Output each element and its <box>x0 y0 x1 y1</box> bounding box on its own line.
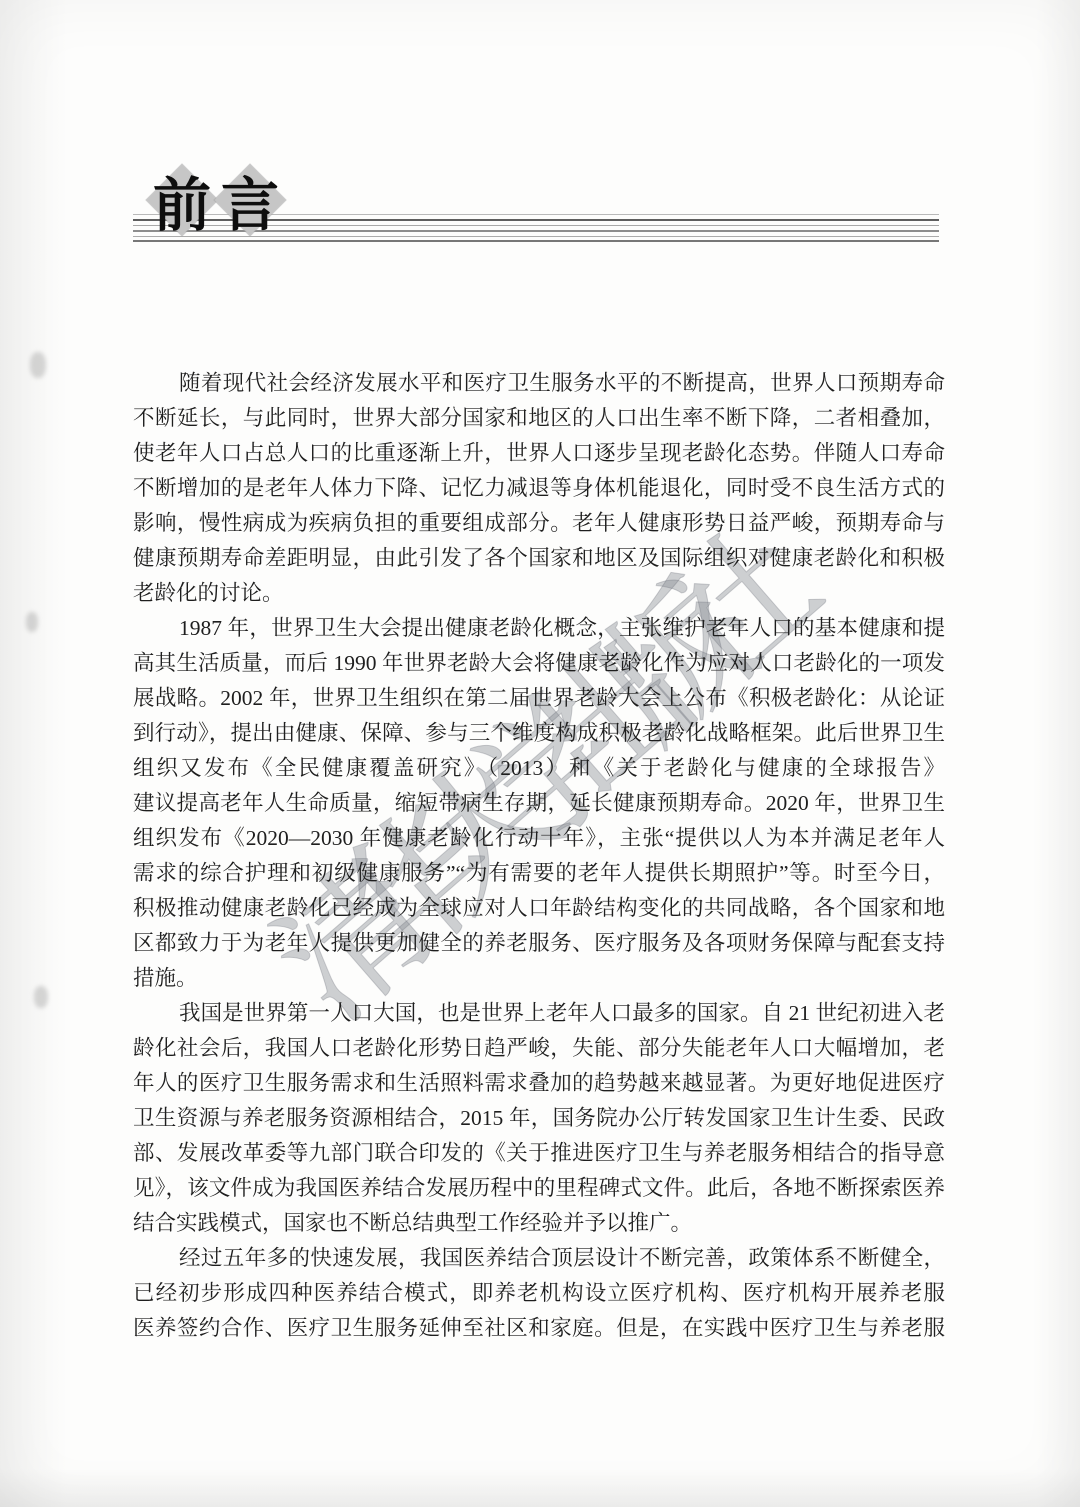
text-line: 区都致力于为老年人提供更加健全的养老服务、医疗服务及各项财务保障与配套支持 <box>133 926 945 961</box>
text-line: 影响，慢性病成为疾病负担的重要组成部分。老年人健康形势日益严峻，预期寿命与 <box>133 506 945 541</box>
text-line: 见》，该文件成为我国医养结合发展历程中的里程碑式文件。此后，各地不断探索医养 <box>133 1171 945 1206</box>
text-line: 建议提高老年人生命质量，缩短带病生存期，延长健康预期寿命。2020 年，世界卫生 <box>133 786 945 821</box>
text-line: 龄化社会后，我国人口老龄化形势日趋严峻，失能、部分失能老年人口大幅增加，老 <box>133 1031 945 1066</box>
scanned-book-page: 清华大学出版社 前 言 随着现代社会经济发展水平和医疗卫生服务水平的不断提高，世… <box>0 0 1080 1507</box>
text-line: 已经初步形成四种医养结合模式，即养老机构设立医疗机构、医疗机构开展养老服务、 <box>133 1276 945 1311</box>
text-line: 组织发布《2020—2030 年健康老龄化行动十年》，主张“提供以人为本并满足老… <box>133 821 945 856</box>
text-line: 健康预期寿命差距明显，由此引发了各个国家和地区及国际组织对健康老龄化和积极 <box>133 541 945 576</box>
scan-smudge <box>26 612 38 632</box>
scan-edge-shading-right <box>1025 0 1080 1507</box>
scan-smudge <box>30 352 46 378</box>
text-line: 医养签约合作、医疗卫生服务延伸至社区和家庭。但是，在实践中医疗卫生与养老服 <box>133 1311 945 1346</box>
text-line: 老龄化的讨论。 <box>133 576 945 611</box>
text-line: 我国是世界第一人口大国，也是世界上老年人口最多的国家。自 21 世纪初进入老 <box>133 996 945 1031</box>
text-line: 需求的综合护理和初级健康服务”“为有需要的老年人提供长期照护”等。时至今日， <box>133 856 945 891</box>
text-line: 随着现代社会经济发展水平和医疗卫生服务水平的不断提高，世界人口预期寿命 <box>133 366 945 401</box>
text-line: 到行动》，提出由健康、保障、参与三个维度构成积极老龄化战略框架。此后世界卫生 <box>133 716 945 751</box>
scan-edge-shading-bottom <box>0 1462 1080 1507</box>
text-line: 1987 年，世界卫生大会提出健康老龄化概念，主张维护老年人口的基本健康和提 <box>133 611 945 646</box>
text-line: 高其生活质量，而后 1990 年世界老龄大会将健康老龄化作为应对人口老龄化的一项… <box>133 646 945 681</box>
paragraph-4: 经过五年多的快速发展，我国医养结合顶层设计不断完善，政策体系不断健全， 已经初步… <box>133 1241 945 1346</box>
text-line: 不断增加的是老年人体力下降、记忆力减退等身体机能退化，同时受不良生活方式的 <box>133 471 945 506</box>
page-title-char-yan: 言 <box>205 155 295 245</box>
text-line: 结合实践模式，国家也不断总结典型工作经验并予以推广。 <box>133 1206 945 1241</box>
paragraph-1: 随着现代社会经济发展水平和医疗卫生服务水平的不断提高，世界人口预期寿命 不断延长… <box>133 366 945 611</box>
paragraph-3: 我国是世界第一人口大国，也是世界上老年人口最多的国家。自 21 世纪初进入老 龄… <box>133 996 945 1241</box>
scan-edge-shading-left <box>0 0 90 1507</box>
text-line: 使老年人口占总人口的比重逐渐上升，世界人口逐步呈现老龄化态势。伴随人口寿命 <box>133 436 945 471</box>
preface-body-text: 随着现代社会经济发展水平和医疗卫生服务水平的不断提高，世界人口预期寿命 不断延长… <box>133 366 945 1346</box>
text-line: 展战略。2002 年，世界卫生组织在第二届世界老龄大会上公布《积极老龄化：从论证 <box>133 681 945 716</box>
text-line: 经过五年多的快速发展，我国医养结合顶层设计不断完善，政策体系不断健全， <box>133 1241 945 1276</box>
text-line: 卫生资源与养老服务资源相结合，2015 年，国务院办公厅转发国家卫生计生委、民政 <box>133 1101 945 1136</box>
text-line: 组织又发布《全民健康覆盖研究》（2013）和《关于老龄化与健康的全球报告》（20… <box>133 751 945 786</box>
text-line: 积极推动健康老龄化已经成为全球应对人口年龄结构变化的共同战略，各个国家和地 <box>133 891 945 926</box>
text-line: 年人的医疗卫生服务需求和生活照料需求叠加的趋势越来越显著。为更好地促进医疗 <box>133 1066 945 1101</box>
text-line: 不断延长，与此同时，世界大部分国家和地区的人口出生率不断下降，二者相叠加， <box>133 401 945 436</box>
text-line: 部、发展改革委等九部门联合印发的《关于推进医疗卫生与养老服务相结合的指导意 <box>133 1136 945 1171</box>
paragraph-2: 1987 年，世界卫生大会提出健康老龄化概念，主张维护老年人口的基本健康和提 高… <box>133 611 945 996</box>
text-line: 措施。 <box>133 961 945 996</box>
scan-smudge <box>34 986 48 1008</box>
